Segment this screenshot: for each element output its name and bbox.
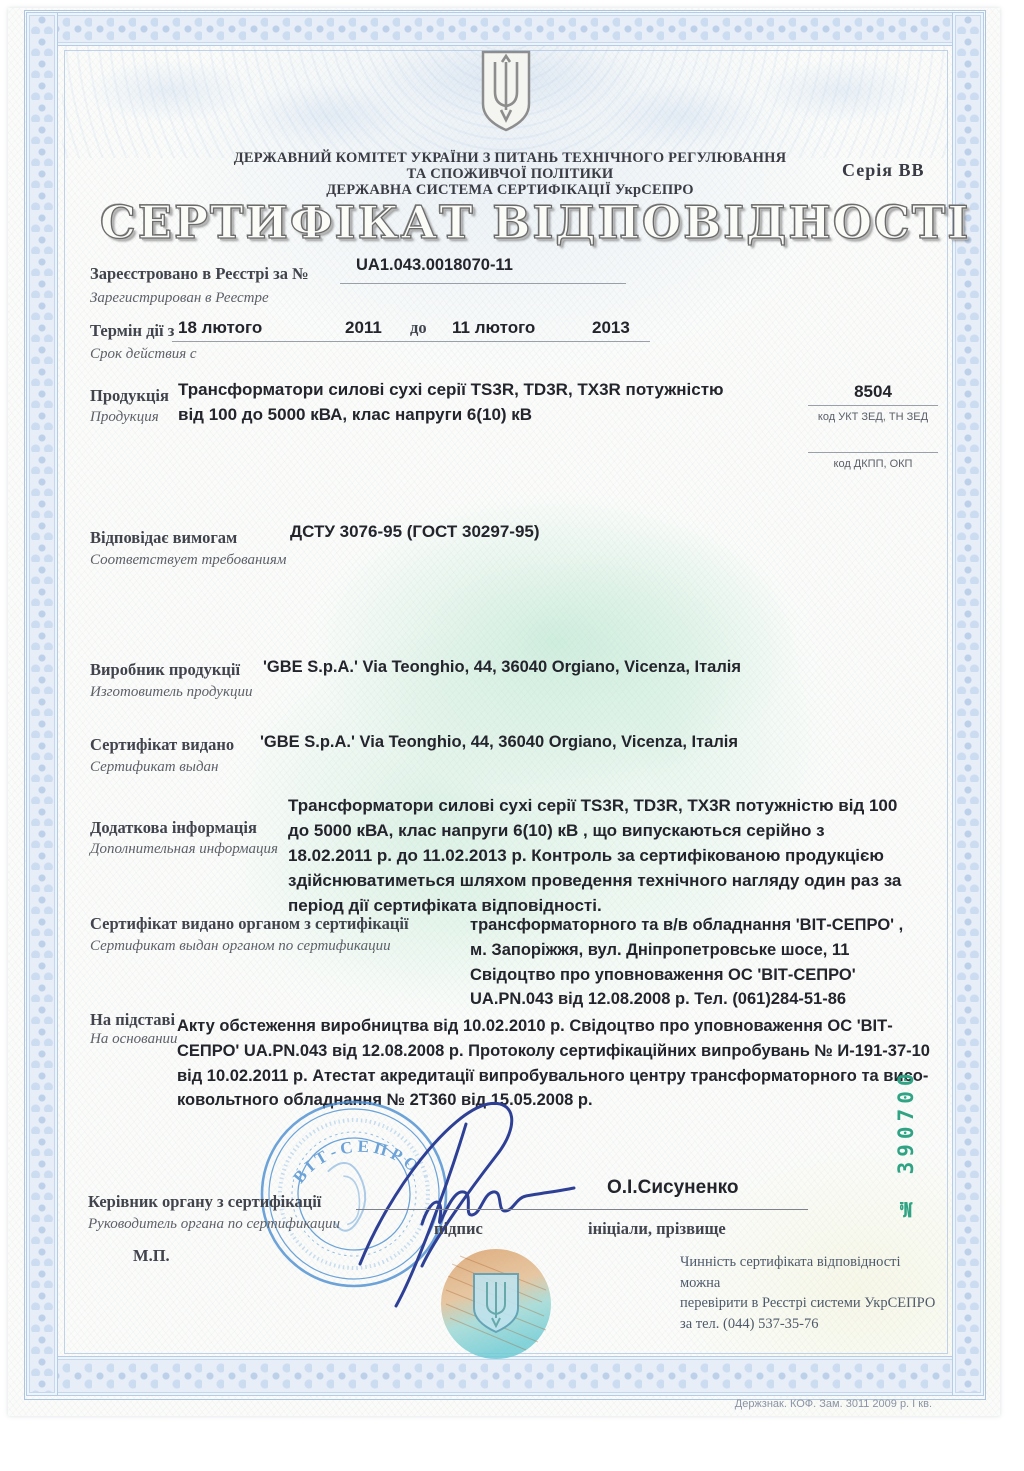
cert-body-label-ru: Сертификат выдан органом по сертификации [90, 938, 391, 955]
org-line: ДЕРЖАВНИЙ КОМІТЕТ УКРАЇНИ З ПИТАНЬ ТЕХНІ… [180, 150, 840, 166]
text-line: 18.02.2011 р. до 11.02.2013 р. Контроль … [288, 843, 933, 868]
certificate-title: СЕРТИФІКАТ ВІДПОВІДНОСТІ [100, 196, 920, 249]
cert-body-text: трансформаторного та в/в обладнання 'ВІТ… [470, 913, 940, 1012]
text-line: Акту обстеження виробництва від 10.02.20… [177, 1014, 937, 1039]
registry-underline [340, 283, 626, 284]
text-line: до 5000 кВА, клас напруги 6(10) кВ , що … [288, 818, 933, 843]
seal-place-mark: М.П. [133, 1246, 170, 1266]
text-line: від 100 до 5000 кВА, клас напруги 6(10) … [178, 402, 758, 427]
additional-info-label-ru: Дополнительная информация [90, 841, 278, 858]
name-caption: ініціали, прізвище [588, 1219, 726, 1239]
hologram-seal [438, 1246, 554, 1362]
printer-mark: Держзнак. КОФ. Зам. 3011 2009 р. І кв. [640, 1398, 932, 1410]
head-label-ru: Руководитель органа по сертификации [88, 1216, 340, 1233]
registry-label-ru: Зарегистрирован в Реестре [90, 290, 269, 307]
text-line: трансформаторного та в/в обладнання 'ВІТ… [470, 913, 940, 938]
code-underline-2 [808, 452, 938, 453]
text-line: Чинність сертифіката відповідності можна [680, 1252, 940, 1293]
validity-from-year: 2011 [345, 315, 382, 340]
product-code: 8504 [808, 379, 938, 404]
border-top [26, 12, 984, 46]
product-description: Трансформатори силові сухі серії TS3R, T… [178, 377, 758, 427]
text-line: здійснюватиметься шляхом проведення техн… [288, 868, 933, 893]
text-line: СЕПРО' UA.PN.043 від 12.08.2008 р. Прото… [177, 1039, 937, 1064]
additional-info-label-uk: Додаткова інформація [90, 818, 257, 838]
signature-caption: підпис [434, 1219, 483, 1239]
text-line: від 10.02.2011 р. Атестат акредитації ви… [177, 1064, 937, 1089]
validity-label-ru: Срок действия с [90, 346, 197, 363]
validity-to-word: до [410, 318, 427, 338]
signatory-name: О.І.Сисуненко [607, 1177, 739, 1199]
product-label-uk: Продукція [90, 386, 169, 406]
product-label-ru: Продукция [90, 409, 159, 426]
validity-from-date: 18 лютого [178, 315, 262, 340]
additional-info-text: Трансформатори силові сухі серії TS3R, T… [288, 793, 933, 918]
validity-label-uk: Термін дії з [90, 321, 174, 341]
border-left [26, 12, 58, 1396]
validity-to-year: 2013 [592, 315, 630, 340]
validity-to-date: 11 лютого [452, 315, 535, 340]
verification-note: Чинність сертифіката відповідності можна… [680, 1252, 940, 1334]
requirements-value: ДСТУ 3076-95 (ГОСТ 30297-95) [290, 519, 540, 544]
registry-number: UA1.043.0018070-11 [356, 256, 513, 275]
requirements-label-ru: Соответствует требованиям [90, 552, 286, 569]
code-caption-2: код ДКПП, ОКП [808, 458, 938, 470]
text-line: перевірити в Реєстрі системи УкрСЕПРО [680, 1293, 940, 1314]
head-label-uk: Керівник органу з сертифікації [88, 1192, 321, 1212]
border-bottom [26, 1356, 984, 1396]
manufacturer-label-uk: Виробник продукції [90, 660, 240, 680]
validity-underline [172, 341, 650, 342]
certificate-page: ДЕРЖАВНИЙ КОМІТЕТ УКРАЇНИ З ПИТАНЬ ТЕХНІ… [0, 0, 1024, 1471]
code-underline-1 [808, 405, 938, 406]
cert-body-label-uk: Сертифікат видано органом з сертифікації [90, 914, 409, 934]
requirements-label-uk: Відповідає вимогам [90, 528, 237, 548]
text-line: Свідоцтво про уповноваження ОС 'ВІТ-СЕПР… [470, 963, 940, 988]
registry-label-uk: Зареєстровано в Реєстрі за № [90, 264, 309, 284]
series-label: Серія ВВ [842, 160, 924, 181]
signature-underline [356, 1209, 808, 1210]
issued-to-label-ru: Сертификат выдан [90, 759, 218, 776]
basis-label-ru: На основании [90, 1031, 178, 1048]
text-line: UA.PN.043 від 12.08.2008 р. Тел. (061)28… [470, 987, 940, 1012]
issued-to-label-uk: Сертифікат видано [90, 735, 234, 755]
manufacturer-label-ru: Изготовитель продукции [90, 684, 252, 701]
trident-emblem-icon [478, 48, 534, 136]
basis-label-uk: На підставі [90, 1010, 175, 1030]
text-line: м. Запоріжжя, вул. Дніпропетровське шосе… [470, 938, 940, 963]
code-caption-1: код УКТ ЗЕД, ТН ЗЕД [808, 411, 938, 423]
text-line: Трансформатори силові сухі серії TS3R, T… [288, 793, 933, 818]
manufacturer-value: 'GBE S.p.A.' Via Teonghio, 44, 36040 Org… [263, 658, 741, 677]
text-line: Трансформатори силові сухі серії TS3R, T… [178, 377, 758, 402]
issued-to-value: 'GBE S.p.A.' Via Teonghio, 44, 36040 Org… [260, 733, 738, 752]
org-line: ТА СПОЖИВЧОЇ ПОЛІТИКИ [180, 166, 840, 182]
text-line: за тел. (044) 537-35-76 [680, 1314, 940, 1335]
serial-number: № 390700 [894, 1046, 932, 1221]
issuing-authority: ДЕРЖАВНИЙ КОМІТЕТ УКРАЇНИ З ПИТАНЬ ТЕХНІ… [180, 150, 840, 198]
